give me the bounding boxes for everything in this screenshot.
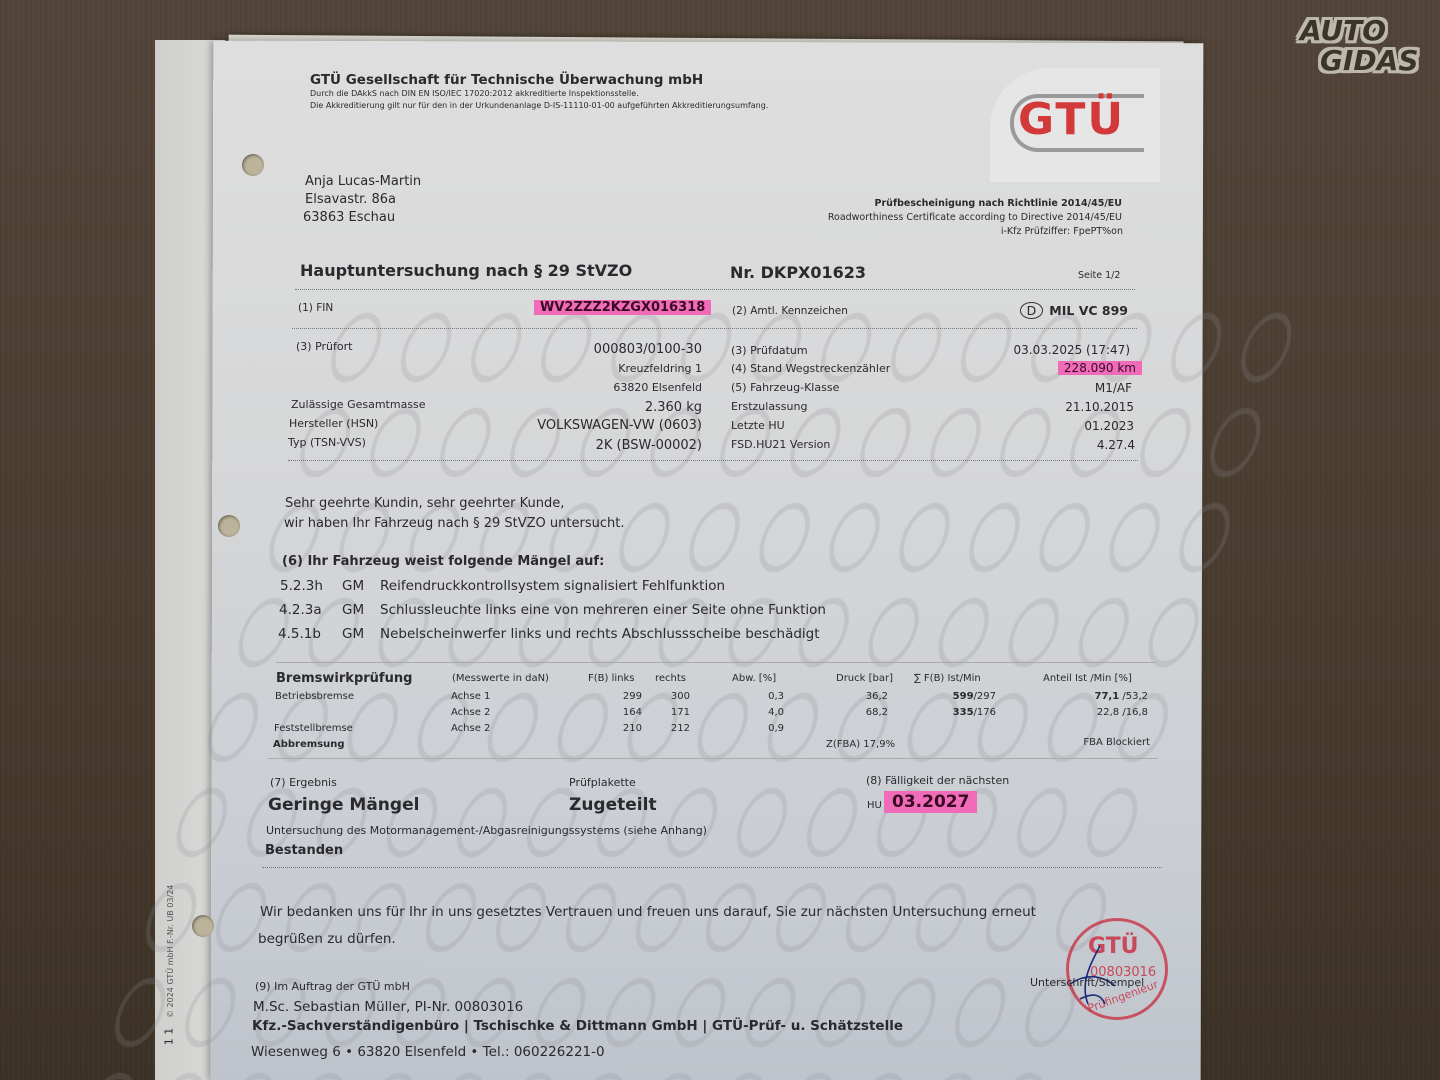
brake-right: 212 xyxy=(671,723,690,734)
defect-class: GM xyxy=(342,578,380,594)
autogidas-line-2: GIDAS xyxy=(1320,46,1418,76)
letzte-hu-value: 01.2023 xyxy=(1084,419,1134,433)
emission-value: Bestanden xyxy=(265,843,343,858)
brake-anteil-ist: 22,8 xyxy=(1097,707,1119,718)
defect-text: Reifendruckkontrollsystem signalisiert F… xyxy=(380,578,725,594)
punch-hole-middle xyxy=(218,515,240,537)
defect-code: 4.2.3a xyxy=(279,602,342,618)
defect-item: 4.5.1bGMNebelscheinwerfer links und rech… xyxy=(278,626,820,642)
form-number: © 2024 GTÜ mbH F.-Nr. UB 03/24 xyxy=(166,885,175,1018)
footer-company: Kfz.-Sachverständigenbüro | Tschischke &… xyxy=(252,1018,903,1034)
brake-sum-ist: 335 xyxy=(953,707,974,718)
autogidas-line-1: AUTO xyxy=(1300,16,1418,46)
divider xyxy=(292,328,1137,329)
brake-header-anteil: Anteil Ist /Min [%] xyxy=(1043,673,1132,684)
brake-test-title: Bremswirkprüfung xyxy=(276,671,412,686)
auftrag-label: (9) Im Auftrag der GTÜ mbH xyxy=(255,980,410,993)
gesamtmasse-label: Zulässige Gesamtmasse xyxy=(291,398,426,411)
defect-item: 5.2.3hGMReifendruckkontrollsystem signal… xyxy=(280,578,725,594)
pruefdatum-value: 03.03.2025 (17:47) xyxy=(1014,343,1130,357)
brake-group: Betriebsbremse xyxy=(275,691,354,702)
signature-label: Unterschrift/Stempel xyxy=(1030,976,1144,989)
hersteller-value: VOLKSWAGEN-VW (0603) xyxy=(537,418,702,433)
brake-header-abw: Abw. [%] xyxy=(732,673,776,684)
footer-address: Wiesenweg 6 • 63820 Elsenfeld • Tel.: 06… xyxy=(251,1044,605,1060)
divider xyxy=(262,867,1162,868)
zfba-value: Z(FBA) 17,9% xyxy=(826,739,895,750)
plate-label: (2) Amtl. Kennzeichen xyxy=(732,305,848,317)
defect-class: GM xyxy=(342,626,380,642)
defects-heading: (6) Ihr Fahrzeug weist folgende Mängel a… xyxy=(282,554,604,569)
recipient-city: 63863 Eschau xyxy=(303,210,395,225)
brake-right: 171 xyxy=(671,707,690,718)
plate-value: MIL VC 899 xyxy=(1049,303,1128,318)
defect-text: Schlussleuchte links eine von mehreren e… xyxy=(380,602,826,618)
accreditation-line-2: Die Akkreditierung gilt nur für den in d… xyxy=(310,101,768,110)
defect-item: 4.2.3aGMSchlussleuchte links eine von me… xyxy=(279,602,826,618)
emission-label: Untersuchung des Motormanagement-/Abgasr… xyxy=(266,824,707,837)
closing-line-1: Wir bedanken uns für Ihr in uns gesetzte… xyxy=(260,904,1036,920)
fba-status: FBA Blockiert xyxy=(1083,737,1150,748)
brake-sum-min: /297 xyxy=(974,691,996,702)
typ-value: 2K (BSW-00002) xyxy=(596,438,702,453)
accreditation-line-1: Durch die DAkkS nach DIN EN ISO/IEC 1702… xyxy=(310,89,639,98)
pruefort-city: 63820 Elsenfeld xyxy=(613,381,702,394)
pruefort-label: (3) Prüfort xyxy=(296,340,352,353)
ergebnis-value: Geringe Mängel xyxy=(268,795,419,815)
divider xyxy=(295,289,1135,290)
ergebnis-label: (7) Ergebnis xyxy=(270,776,337,789)
klasse-label: (5) Fahrzeug-Klasse xyxy=(731,381,839,394)
brake-axle: Achse 1 xyxy=(451,691,490,702)
brake-sum-ist: 599 xyxy=(953,691,974,702)
hersteller-label: Hersteller (HSN) xyxy=(289,417,378,430)
brake-axle: Achse 2 xyxy=(451,707,490,718)
document-number: Nr. DKPX01623 xyxy=(730,263,866,282)
company-name: GTÜ Gesellschaft für Technische Überwach… xyxy=(310,72,703,88)
brake-right: 300 xyxy=(671,691,690,702)
brake-sum: 335/176 xyxy=(953,707,996,718)
recipient-street: Elsavastr. 86a xyxy=(305,192,396,207)
brake-group: Feststellbremse xyxy=(274,723,353,734)
recipient-name: Anja Lucas-Martin xyxy=(305,174,421,189)
inspector-name: M.Sc. Sebastian Müller, PI-Nr. 00803016 xyxy=(253,999,523,1015)
country-code-oval: D xyxy=(1020,302,1044,319)
brake-anteil: 77,1 /53,2 xyxy=(1094,691,1148,702)
side-mark: 1 1 xyxy=(162,1028,175,1046)
autogidas-watermark-logo: AUTO GIDAS xyxy=(1300,16,1418,82)
klasse-value: M1/AF xyxy=(1095,381,1132,395)
erstzulassung-value: 21.10.2015 xyxy=(1065,400,1134,414)
fin-label: (1) FIN xyxy=(298,302,333,314)
km-value: 228.090 km xyxy=(1058,361,1142,375)
abbremsung-label: Abbremsung xyxy=(273,739,345,750)
greeting-line-2: wir haben Ihr Fahrzeug nach § 29 StVZO u… xyxy=(284,516,624,531)
divider xyxy=(276,662,1156,663)
brake-left: 210 xyxy=(623,723,642,734)
pruefort-street: Kreuzfeldring 1 xyxy=(618,362,702,375)
plakette-label: Prüfplakette xyxy=(569,776,636,789)
brake-left: 299 xyxy=(623,691,642,702)
divider xyxy=(268,758,1158,759)
plakette-value: Zugeteilt xyxy=(569,795,657,815)
letzte-hu-label: Letzte HU xyxy=(731,419,785,432)
brake-abw: 4,0 xyxy=(768,707,784,718)
brake-abw: 0,3 xyxy=(768,691,784,702)
defect-code: 5.2.3h xyxy=(280,578,342,594)
hu-prefix: HU xyxy=(867,800,882,811)
typ-label: Typ (TSN-VVS) xyxy=(288,436,366,449)
brake-sum-min: /176 xyxy=(974,707,996,718)
brake-left: 164 xyxy=(623,707,642,718)
brake-anteil-min: /53,2 xyxy=(1119,691,1148,702)
defect-text: Nebelscheinwerfer links und rechts Absch… xyxy=(380,626,820,642)
brake-header-right: rechts xyxy=(655,673,686,684)
erstzulassung-label: Erstzulassung xyxy=(731,400,807,413)
brake-anteil: 22,8 /16,8 xyxy=(1097,707,1148,718)
brake-unit-note: (Messwerte in daN) xyxy=(452,673,549,684)
brake-header-left: F(B) links xyxy=(588,673,635,684)
brake-sum: 599/297 xyxy=(953,691,996,702)
fsd-label: FSD.HU21 Version xyxy=(731,438,830,451)
faelligkeit-label: (8) Fälligkeit der nächsten xyxy=(866,774,1009,787)
punch-hole-top xyxy=(242,154,264,176)
gesamtmasse-value: 2.360 kg xyxy=(645,400,702,415)
document-title: Hauptuntersuchung nach § 29 StVZO xyxy=(300,261,632,280)
defect-code: 4.5.1b xyxy=(278,626,342,642)
certificate-title-de: Prüfbescheinigung nach Richtlinie 2014/4… xyxy=(875,198,1122,209)
brake-druck: 36,2 xyxy=(866,691,888,702)
closing-line-2: begrüßen zu dürfen. xyxy=(258,931,396,947)
pruefort-code: 000803/0100-30 xyxy=(594,342,702,357)
brake-axle: Achse 2 xyxy=(451,723,490,734)
punch-hole-bottom xyxy=(192,915,214,937)
pruefdatum-label: (3) Prüfdatum xyxy=(731,344,808,357)
page-indicator: Seite 1/2 xyxy=(1078,270,1120,281)
fsd-value: 4.27.4 xyxy=(1097,438,1135,452)
brake-druck: 68,2 xyxy=(866,707,888,718)
km-label: (4) Stand Wegstreckenzähler xyxy=(731,362,890,375)
greeting-line-1: Sehr geehrte Kundin, sehr geehrter Kunde… xyxy=(285,496,564,511)
hu-due-date: 03.2027 xyxy=(884,791,977,813)
fin-value: WV2ZZZ2KZGX016318 xyxy=(534,300,711,315)
check-code: i-Kfz Prüfziffer: FpePT%on xyxy=(1001,226,1123,237)
brake-header-druck: Druck [bar] xyxy=(836,673,893,684)
brake-anteil-min: /16,8 xyxy=(1119,707,1148,718)
brake-header-sum: ∑ F(B) Ist/Min xyxy=(914,673,981,684)
certificate-title-en: Roadworthiness Certificate according to … xyxy=(828,212,1122,223)
brake-anteil-ist: 77,1 xyxy=(1094,691,1119,702)
brake-abw: 0,9 xyxy=(768,723,784,734)
divider xyxy=(288,460,1138,461)
plate-field: DMIL VC 899 xyxy=(1020,302,1128,319)
defect-class: GM xyxy=(342,602,380,618)
gtu-logo: GTÜ xyxy=(1018,94,1125,145)
